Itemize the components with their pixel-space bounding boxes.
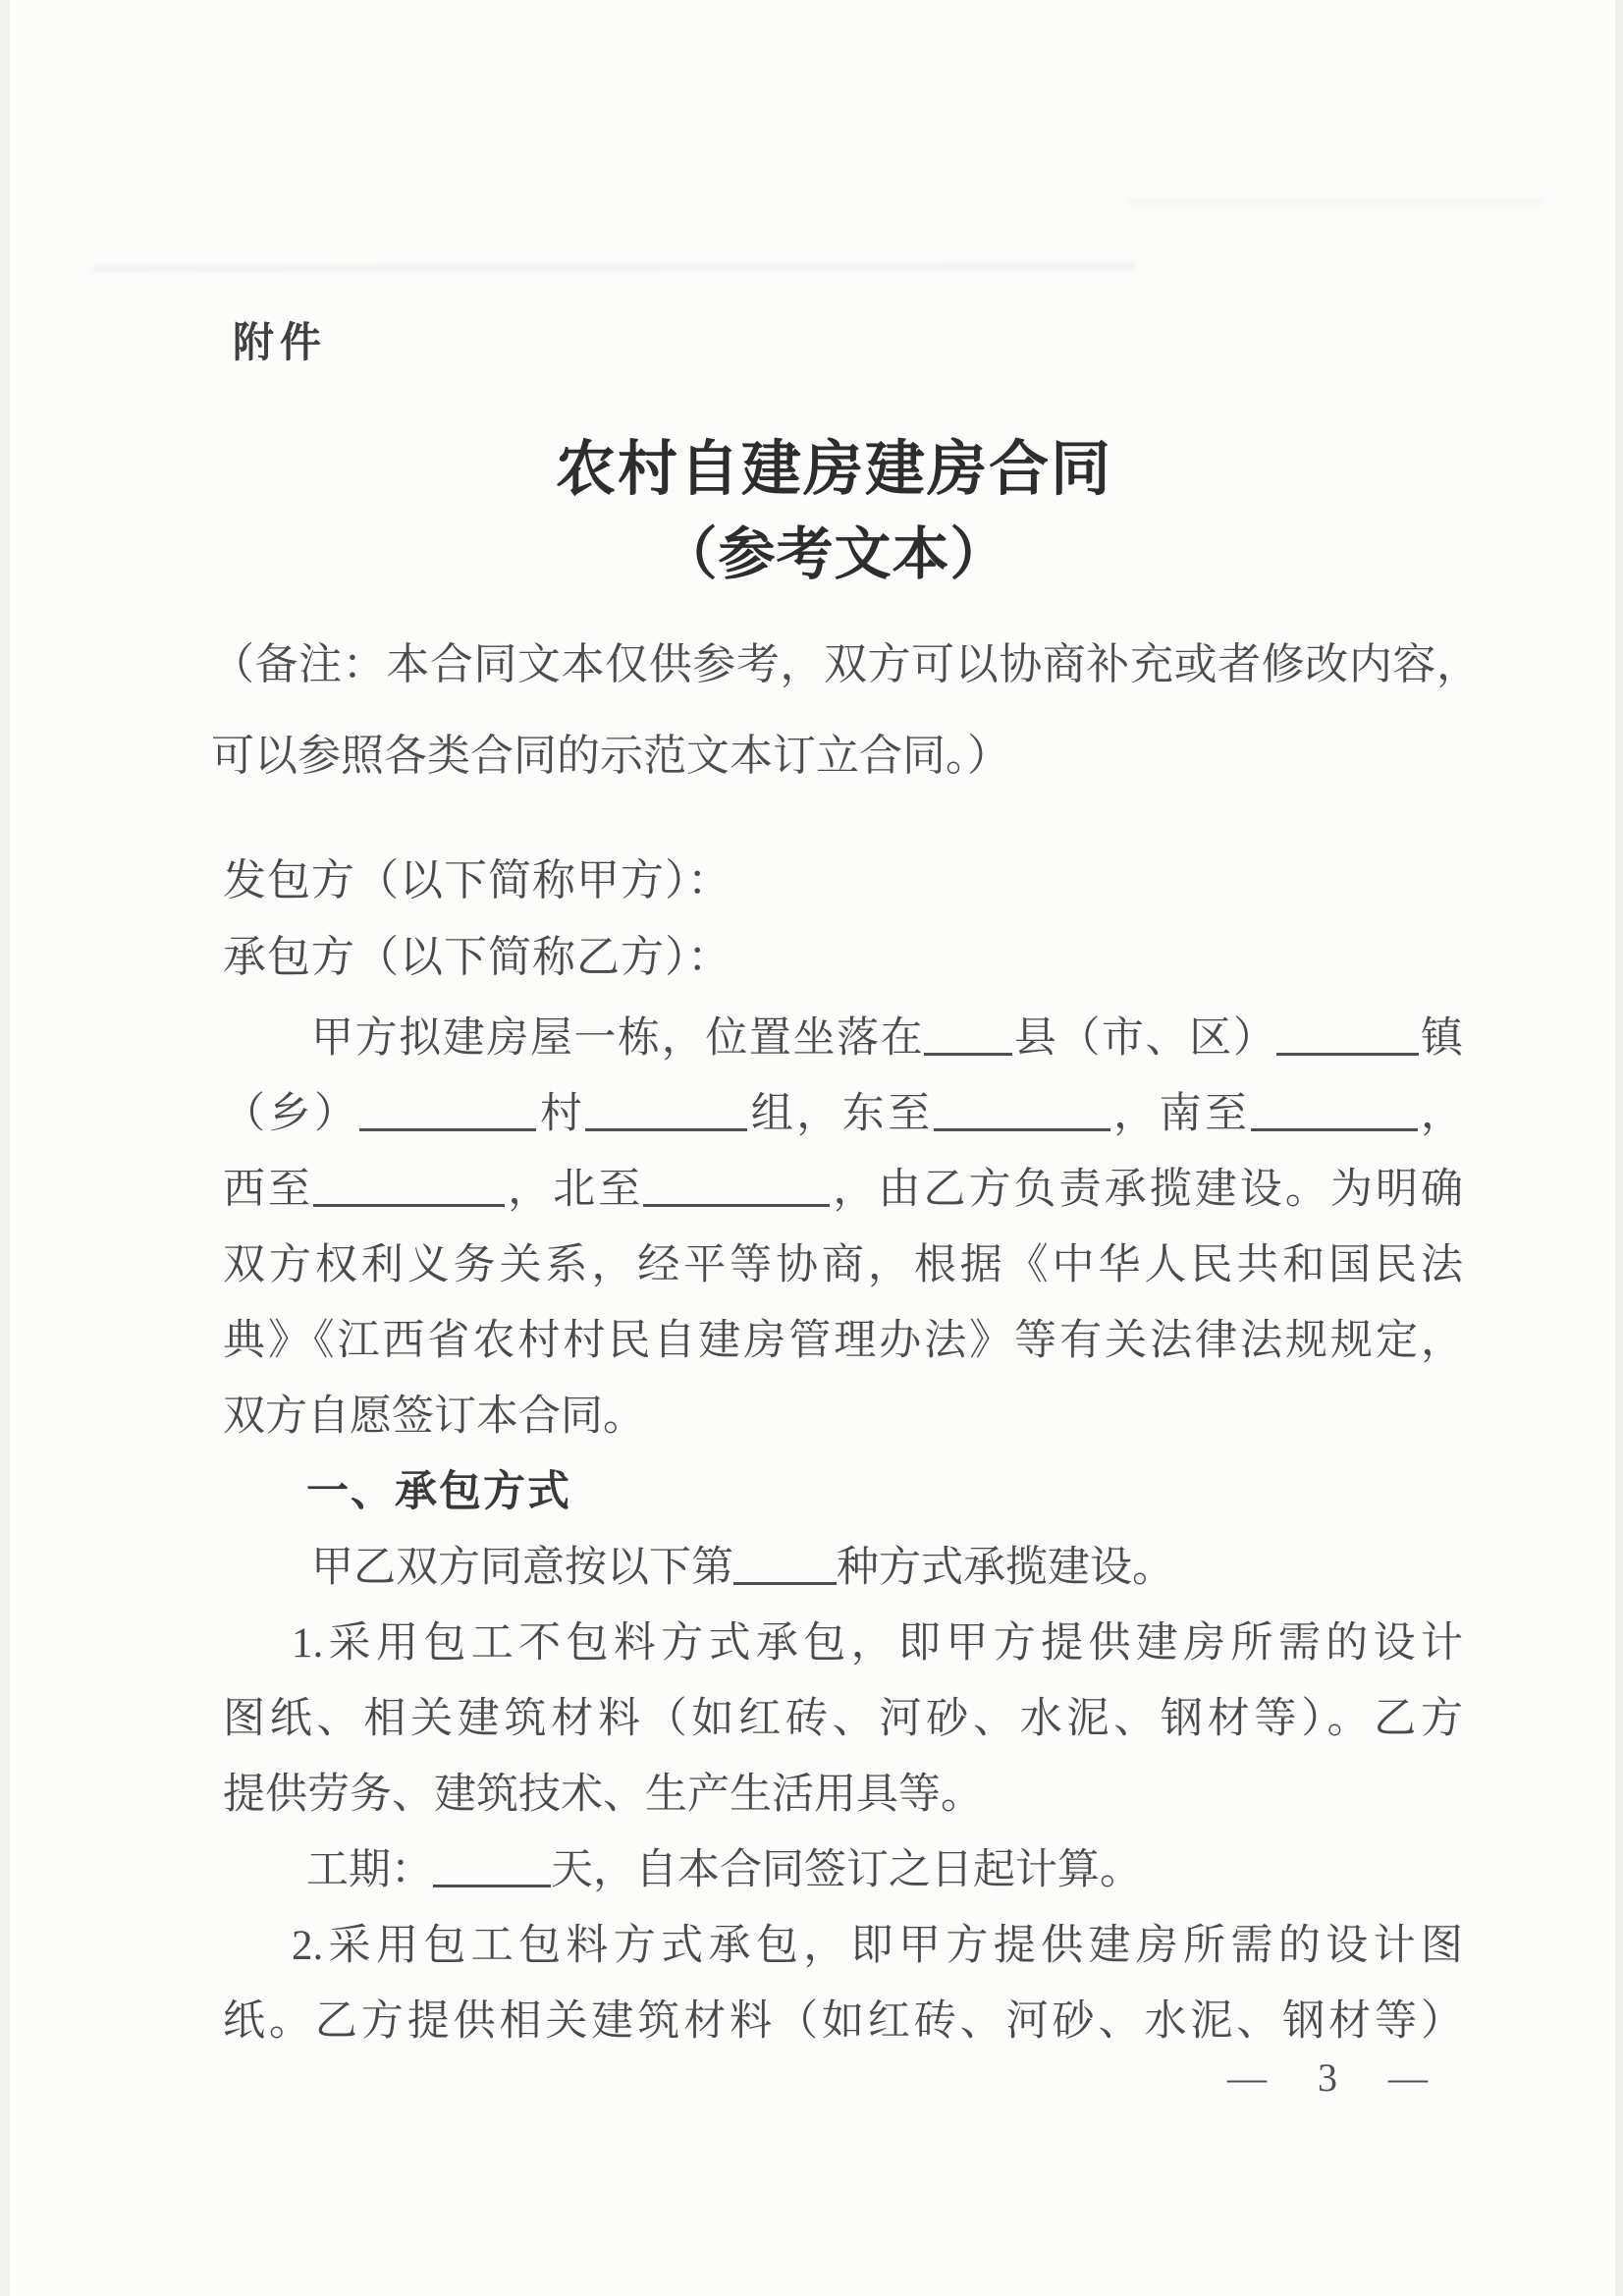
blank-underline <box>313 1162 505 1207</box>
body-text: 双方自愿签订本合同。 <box>223 1394 645 1440</box>
body-text: 天，自本合同签订之日起计算。 <box>551 1847 1142 1893</box>
contract-title: 农村自建房建房合同 <box>45 440 1623 500</box>
body-line: 双方权利义务关系，经平等协商，根据《中华人民共和国民法 <box>223 1228 1463 1303</box>
body-line: 2.采用包工包料方式承包，即甲方提供建房所需的设计图 <box>223 1908 1463 1984</box>
body-text: 村 <box>536 1091 585 1137</box>
body-line: 双方自愿签订本合同。 <box>223 1379 1463 1454</box>
party-block: 发包方（以下简称甲方）： 承包方（以下简称乙方）： <box>223 843 1463 996</box>
body-text: 2.采用包工包料方式承包，即甲方提供建房所需的设计图 <box>292 1923 1463 1969</box>
body-text: 县（市、区） <box>1012 1015 1276 1062</box>
body-line: 纸。乙方提供相关建筑材料（如红砖、河砂、水泥、钢材等） <box>223 1984 1463 2059</box>
scan-smudge-artifact <box>93 262 1134 274</box>
scan-smudge-artifact <box>1129 198 1542 205</box>
body-text: 图纸、相关建筑材料（如红砖、河砂、水泥、钢材等）。乙方 <box>223 1696 1463 1742</box>
note-line: （备注：本合同文本仅供参考，双方可以协商补充或者修改内容， <box>211 619 1480 710</box>
body-text: 甲方拟建房屋一栋，位置坐落在 <box>311 1015 924 1062</box>
body-text: 双方权利义务关系，经平等协商，根据《中华人民共和国民法 <box>223 1242 1463 1288</box>
body-line: 1.采用包工不包料方式承包，即甲方提供建房所需的设计 <box>223 1606 1463 1681</box>
party-line-yifang: 承包方（以下简称乙方）： <box>223 919 1463 996</box>
blank-underline <box>433 1842 551 1887</box>
note-line: 可以参照各类合同的示范文本订立合同。） <box>211 710 1480 801</box>
body-text: （乡） <box>223 1091 359 1137</box>
body-line: 典》《江西省农村村民自建房管理办法》等有关法律法规规定， <box>223 1303 1463 1379</box>
body-text: 工期： <box>306 1847 433 1893</box>
blank-underline <box>924 1011 1012 1056</box>
body-text: 镇 <box>1419 1015 1463 1062</box>
page-number-footer: — 3 — <box>1227 2058 1430 2098</box>
body-text: 甲乙双方同意按以下第 <box>311 1545 733 1591</box>
body-text: 典》《江西省农村村民自建房管理办法》等有关法律法规规定， <box>223 1318 1463 1364</box>
body-text: 西至 <box>223 1167 313 1213</box>
document-page: 附件 农村自建房建房合同 （参考文本） （备注：本合同文本仅供参考，双方可以协商… <box>0 0 1623 2296</box>
body-line: 图纸、相关建筑材料（如红砖、河砂、水泥、钢材等）。乙方 <box>223 1681 1463 1757</box>
body-line: 甲乙双方同意按以下第种方式承揽建设。 <box>223 1530 1463 1606</box>
blank-underline <box>733 1540 837 1585</box>
attachment-label: 附件 <box>233 322 327 363</box>
body-line: （乡）村组，东至，南至， <box>223 1076 1463 1152</box>
body-text: ，由乙方负责承揽建设。为明确 <box>830 1167 1463 1213</box>
blank-underline <box>934 1086 1110 1131</box>
body-text: ，北至 <box>505 1167 643 1213</box>
blank-underline <box>1251 1086 1418 1131</box>
section-heading: 一、承包方式 <box>223 1454 1463 1530</box>
body-text: 种方式承揽建设。 <box>837 1545 1174 1591</box>
body-line: 工期：天，自本合同签订之日起计算。 <box>223 1832 1463 1908</box>
body-text: 提供劳务、建筑技术、生产生活用具等。 <box>223 1772 983 1818</box>
blank-underline <box>359 1086 536 1131</box>
note-block: （备注：本合同文本仅供参考，双方可以协商补充或者修改内容， 可以参照各类合同的示… <box>211 619 1480 801</box>
body-text: 1.采用包工不包料方式承包，即甲方提供建房所需的设计 <box>292 1620 1463 1667</box>
blank-underline <box>1276 1011 1419 1056</box>
contract-subtitle: （参考文本） <box>45 526 1623 583</box>
body-text: 一、承包方式 <box>306 1468 571 1515</box>
body-text: 纸。乙方提供相关建筑材料（如红砖、河砂、水泥、钢材等） <box>223 1998 1463 2045</box>
scan-edge-artifact <box>0 0 10 2296</box>
body-text: ， <box>1418 1091 1463 1137</box>
blank-underline <box>585 1086 747 1131</box>
body-text: 组，东至 <box>747 1091 933 1137</box>
body-line: 西至，北至，由乙方负责承揽建设。为明确 <box>223 1152 1463 1228</box>
title-block: 农村自建房建房合同 （参考文本） <box>0 440 1623 583</box>
blank-underline <box>643 1162 830 1207</box>
party-line-jiafang: 发包方（以下简称甲方）： <box>223 843 1463 919</box>
contract-body: 甲方拟建房屋一栋，位置坐落在县（市、区）镇（乡）村组，东至，南至，西至，北至，由… <box>223 1001 1463 2059</box>
body-text: ，南至 <box>1110 1091 1251 1137</box>
body-line: 提供劳务、建筑技术、生产生活用具等。 <box>223 1757 1463 1832</box>
scan-edge-artifact <box>1615 0 1623 2296</box>
body-line: 甲方拟建房屋一栋，位置坐落在县（市、区）镇 <box>223 1001 1463 1076</box>
